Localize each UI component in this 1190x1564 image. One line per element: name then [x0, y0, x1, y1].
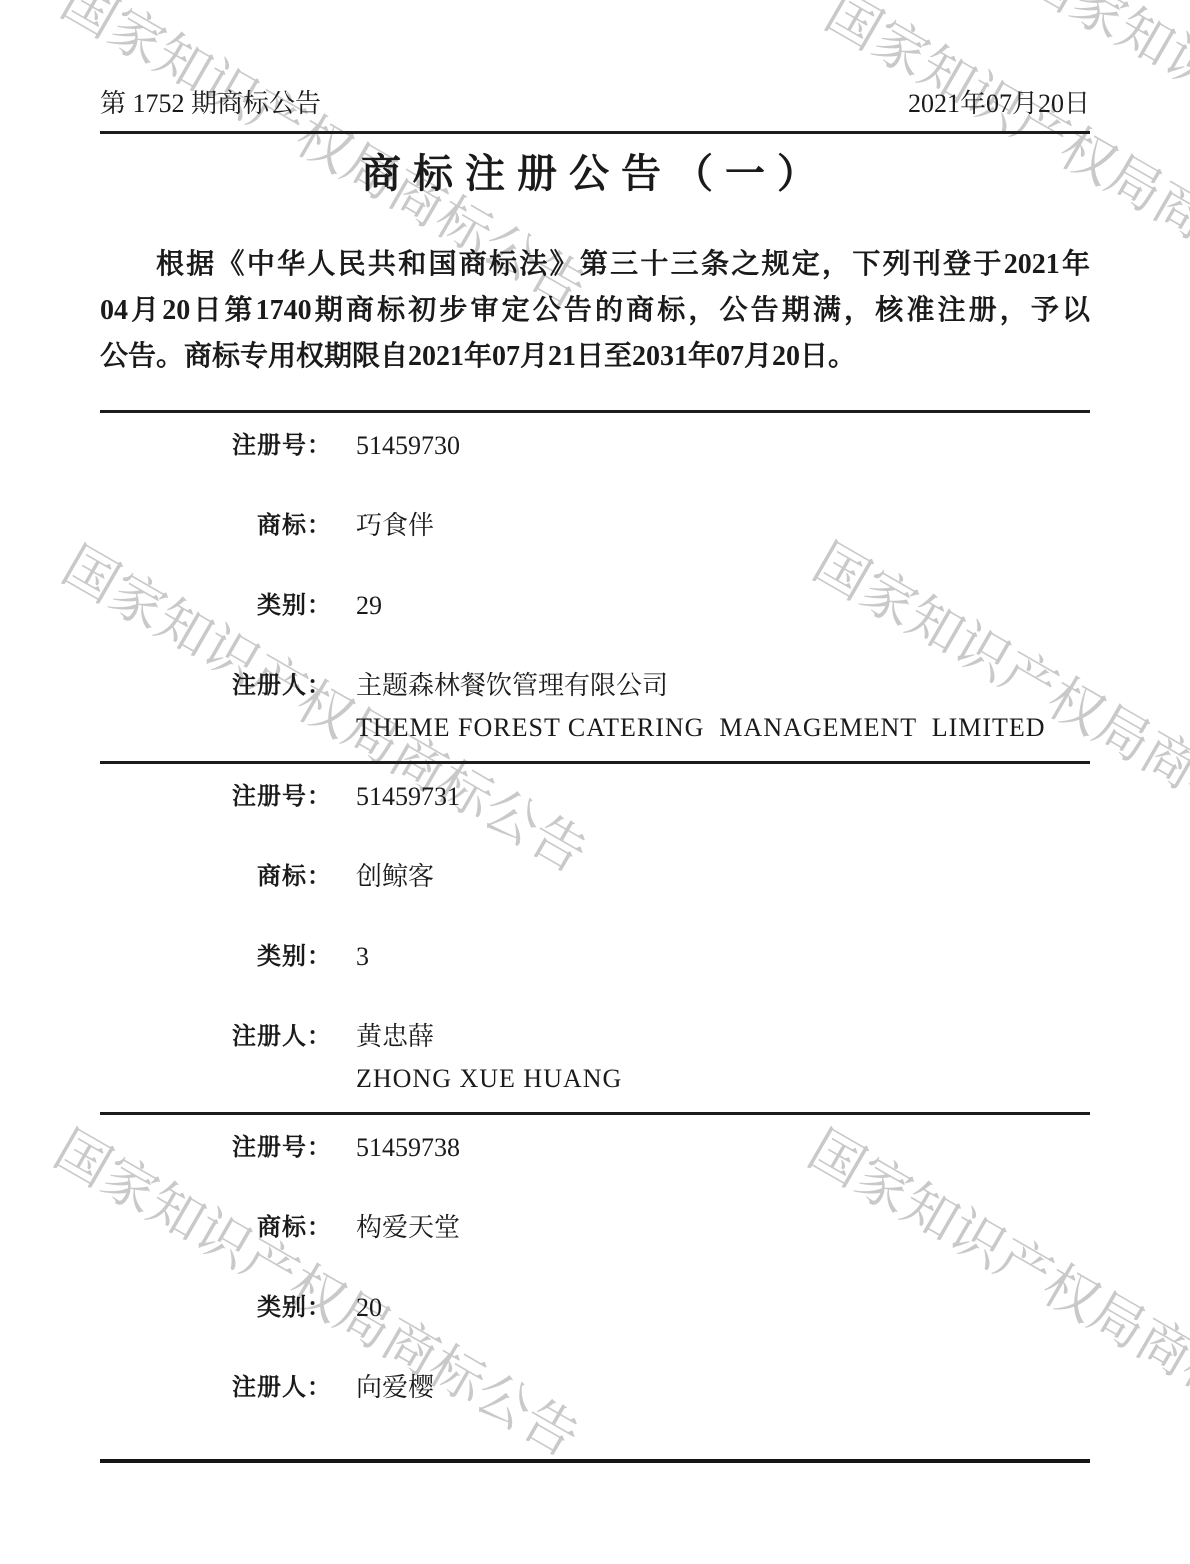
trademark-record: 注册号： 51459738 商标： 构爱天堂 类别： 20 注册人：	[100, 1112, 1090, 1459]
registrant-label: 注册人：	[100, 1371, 332, 1459]
gazette-page: 国家知识产权局商标公告 国家知识产权局商标公告 国家知识产权局商标公告 国家知识…	[0, 0, 1190, 1564]
registrant-value: 黄忠薛 ZHONG XUE HUANG	[356, 1020, 622, 1112]
category-value: 20	[356, 1291, 382, 1371]
trademark-value: 构爱天堂	[356, 1211, 460, 1291]
record-row-trademark: 商标： 构爱天堂	[100, 1211, 1090, 1291]
reg-number-value: 51459730	[356, 429, 460, 509]
registrant-name-en: THEME FOREST CATERING MANAGEMENT LIMITED	[356, 711, 1046, 744]
gazette-issue: 第 1752 期商标公告	[100, 86, 321, 122]
category-label: 类别：	[100, 589, 332, 669]
header-rule	[100, 131, 1090, 134]
record-row-registrant: 注册人： 向爱樱	[100, 1371, 1090, 1459]
intro-line: 04月20日第1740期商标初步审定公告的商标，公告期满，核准注册，予以	[100, 288, 1090, 334]
document-end-rule	[100, 1459, 1090, 1463]
record-row-trademark: 商标： 巧食伴	[100, 509, 1090, 589]
registrant-value: 向爱樱	[356, 1371, 434, 1459]
trademark-label: 商标：	[100, 860, 332, 940]
gazette-date: 2021年07月20日	[908, 86, 1090, 122]
trademark-value: 创鲸客	[356, 860, 434, 940]
registrant-name-cn: 向爱樱	[356, 1371, 434, 1405]
category-label: 类别：	[100, 940, 332, 1020]
record-row-category: 类别： 29	[100, 589, 1090, 669]
registrant-label: 注册人：	[100, 669, 332, 761]
reg-number-label: 注册号：	[100, 429, 332, 509]
intro-line: 根据《中华人民共和国商标法》第三十三条之规定，下列刊登于2021年	[100, 242, 1090, 288]
registrant-label: 注册人：	[100, 1020, 332, 1112]
record-row-reg-number: 注册号： 51459738	[100, 1131, 1090, 1211]
reg-number-value: 51459738	[356, 1131, 460, 1211]
category-value: 3	[356, 940, 369, 1020]
record-row-category: 类别： 20	[100, 1291, 1090, 1371]
category-label: 类别：	[100, 1291, 332, 1371]
trademark-label: 商标：	[100, 509, 332, 589]
trademark-record: 注册号： 51459731 商标： 创鲸客 类别： 3 注册人： 黄忠	[100, 761, 1090, 1112]
record-row-reg-number: 注册号： 51459731	[100, 780, 1090, 860]
page-content: 第 1752 期商标公告 2021年07月20日 商标注册公告（一） 根据《中华…	[0, 0, 1190, 1564]
registrant-name-en: ZHONG XUE HUANG	[356, 1062, 622, 1095]
reg-number-label: 注册号：	[100, 780, 332, 860]
registrant-name-cn: 黄忠薛	[356, 1020, 622, 1054]
record-row-category: 类别： 3	[100, 940, 1090, 1020]
reg-number-label: 注册号：	[100, 1131, 332, 1211]
record-row-reg-number: 注册号： 51459730	[100, 429, 1090, 509]
intro-paragraph: 根据《中华人民共和国商标法》第三十三条之规定，下列刊登于2021年 04月20日…	[100, 242, 1090, 380]
page-header: 第 1752 期商标公告 2021年07月20日	[100, 0, 1090, 122]
reg-number-value: 51459731	[356, 780, 460, 860]
record-row-trademark: 商标： 创鲸客	[100, 860, 1090, 940]
intro-line: 公告。商标专用权期限自2021年07月21日至2031年07月20日。	[100, 334, 1090, 380]
registrant-value: 主题森林餐饮管理有限公司 THEME FOREST CATERING MANAG…	[356, 669, 1046, 761]
trademark-value: 巧食伴	[356, 509, 434, 589]
trademark-record: 注册号： 51459730 商标： 巧食伴 类别： 29 注册人： 主	[100, 410, 1090, 761]
registrant-name-cn: 主题森林餐饮管理有限公司	[356, 669, 1046, 703]
record-list: 注册号： 51459730 商标： 巧食伴 类别： 29 注册人： 主	[100, 410, 1090, 1463]
trademark-label: 商标：	[100, 1211, 332, 1291]
record-row-registrant: 注册人： 主题森林餐饮管理有限公司 THEME FOREST CATERING …	[100, 669, 1090, 761]
category-value: 29	[356, 589, 382, 669]
page-title: 商标注册公告（一）	[100, 146, 1090, 202]
record-row-registrant: 注册人： 黄忠薛 ZHONG XUE HUANG	[100, 1020, 1090, 1112]
